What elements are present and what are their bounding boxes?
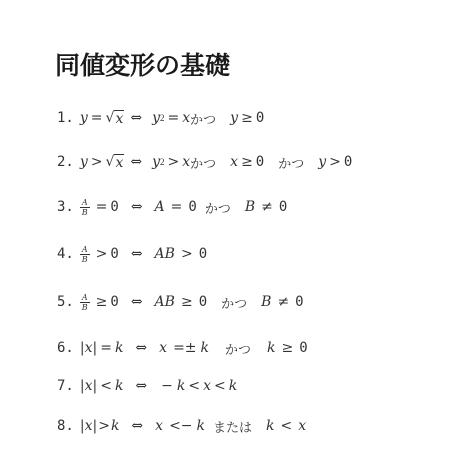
iff-symbol: ⇔	[131, 294, 143, 310]
fraction: AB	[80, 293, 90, 312]
equivalence-item-1: 1. y = √x ⇔ y2 = x かつ y ≥ 0	[57, 106, 264, 130]
conjunction: または	[213, 417, 252, 436]
iff-symbol: ⇔	[130, 110, 142, 126]
absolute-value: |x|	[80, 378, 97, 394]
item-number: 8.	[57, 418, 74, 434]
equivalence-item-4: 4. AB > 0 ⇔ AB > 0	[57, 242, 207, 266]
item-number: 7.	[57, 378, 74, 394]
item-number: 6.	[57, 340, 74, 356]
iff-symbol: ⇔	[131, 199, 143, 215]
conjunction: かつ	[205, 198, 231, 217]
conjunction: かつ	[221, 293, 247, 312]
absolute-value: |x|	[80, 418, 97, 434]
conjunction: かつ	[278, 153, 304, 172]
equivalence-item-7: 7. |x| < k ⇔ − k < x < k	[57, 374, 237, 398]
iff-symbol: ⇔	[131, 246, 143, 262]
item-number: 3.	[57, 199, 74, 215]
equivalence-item-5: 5. AB ≥ 0 ⇔ AB ≥ 0 かつ B ≠ 0	[57, 290, 304, 314]
page-title: 同値変形の基礎	[55, 46, 230, 82]
item-number: 5.	[57, 294, 74, 310]
sqrt-expression: √x	[106, 110, 125, 127]
equivalence-item-8: 8. |x| > k ⇔ x <− k または k < x	[57, 414, 306, 438]
iff-symbol: ⇔	[135, 378, 147, 394]
equivalence-item-2: 2. y > √x ⇔ y2 > x かつ x ≥ 0 かつ y > 0	[57, 150, 352, 174]
item-number: 2.	[57, 154, 74, 170]
item-number: 4.	[57, 246, 74, 262]
sqrt-expression: √x	[106, 154, 125, 171]
conjunction: かつ	[190, 109, 216, 128]
fraction: AB	[80, 245, 90, 264]
absolute-value: |x|	[80, 340, 97, 356]
conjunction: かつ	[190, 153, 216, 172]
item-number: 1.	[57, 110, 74, 126]
iff-symbol: ⇔	[130, 154, 142, 170]
iff-symbol: ⇔	[135, 340, 147, 356]
iff-symbol: ⇔	[131, 418, 143, 434]
fraction: AB	[80, 198, 90, 217]
conjunction: かつ	[225, 339, 251, 358]
equivalence-item-3: 3. AB = 0 ⇔ A = 0 かつ B ≠ 0	[57, 195, 287, 219]
equivalence-item-6: 6. |x| = k ⇔ x =± k かつ k ≥ 0	[57, 336, 308, 360]
